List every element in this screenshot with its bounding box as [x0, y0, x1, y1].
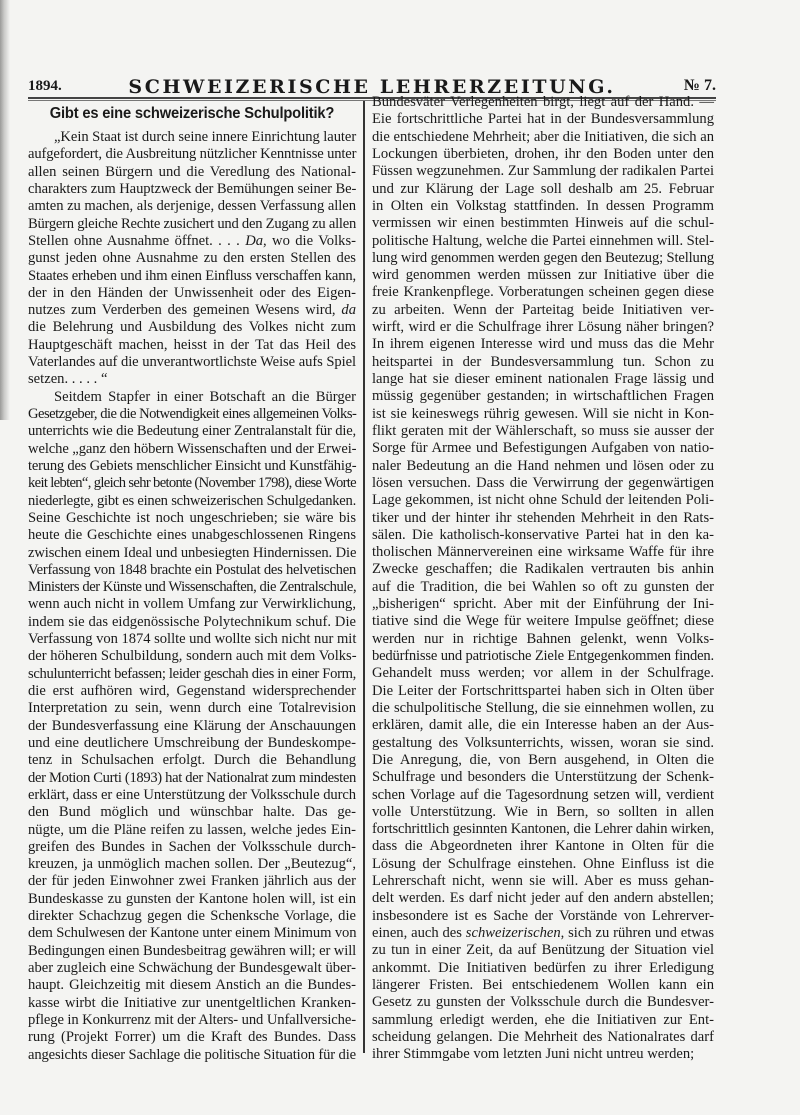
text-line: lösen versuchen. Dass die Verwirrung der…	[372, 475, 714, 492]
text-line: dem Schulwesen der Kantone unter einem M…	[28, 925, 356, 942]
text-line: Lehrerschaft nicht, wenn sie will. Aber …	[372, 873, 714, 890]
text-line: angesichts dieser Sachlage die politisch…	[28, 1047, 356, 1064]
text-line: Zwecke geschaffen; die Radikalen vertrau…	[372, 561, 714, 578]
text-line: Seine Geschichte ist noch ungeschrieben;…	[28, 510, 356, 527]
text-line: auf die Tradition, die bei Wahlen so oft…	[372, 579, 714, 596]
text-line: Lage gekommen, ist nicht ohne Schuld der…	[372, 492, 714, 509]
text-line: direkter Schachzug gegen die Schenksche …	[28, 908, 356, 925]
text-line: längerer Fristen. Bei entschiedenem Woll…	[372, 977, 714, 994]
text-line: „Kein Staat ist durch seine innere Einri…	[28, 129, 356, 146]
column-divider	[363, 101, 365, 1053]
text-line: lung wird genommen werden gegen den Beut…	[372, 250, 714, 267]
text-line: tiker und der hinter ihr stehenden Mehrh…	[372, 510, 714, 527]
text-line: naler Bedeutung an die Hand nehmen und l…	[372, 458, 714, 475]
text-line: Gehandelt muss werden; vor allem in der …	[372, 665, 714, 682]
text-line: scheidung gelangen. Die Mehrheit des Nat…	[372, 1029, 714, 1046]
text-line: flikt geraten mit der Wählerschaft, so m…	[372, 423, 714, 440]
text-line: Verfassung von 1848 brachte ein Postulat…	[28, 562, 356, 579]
text-line: werden nur in richtige Bahnen gelenkt, w…	[372, 631, 714, 648]
right-column-text: Bundesväter Verlegenheiten birgt, liegt …	[372, 94, 714, 1064]
text-line: tiative sind die Wege für weitere Impuls…	[372, 613, 714, 630]
text-line: sammlung erledigt werden, ehe die Initia…	[372, 1012, 714, 1029]
text-line: kasse wirbt die Initiative zur unentgelt…	[28, 995, 356, 1012]
text-line: Staates erheben und ihm einen Einfluss v…	[28, 268, 356, 285]
text-line: insbesondere ist es Sache der Vorstände …	[372, 908, 714, 925]
text-line: Seitdem Stapfer in einer Botschaft an di…	[28, 389, 356, 406]
text-line: pflege in Konkurrenz mit der Alters- und…	[28, 1012, 356, 1029]
text-line: Lockungen überbieten, drohen, ihr den Bo…	[372, 146, 714, 163]
issue-number: № 7.	[684, 77, 716, 95]
text-line: volle Unterstützung. Wie in Bern, so sol…	[372, 804, 714, 821]
emphasis: da	[341, 302, 356, 318]
text-line: lange hat sie dieser eminent nationalen …	[372, 371, 714, 388]
text-line: den Bund möglich und wünschbar halte. Da…	[28, 804, 356, 821]
text-line: Gesetzgeber, die die Notwendigkeit eines…	[28, 406, 356, 423]
text-line: Ministers der Künste und Wissenschaften,…	[28, 579, 356, 596]
text-line: der Motion Curti (1893) hat der National…	[28, 770, 356, 787]
text-line: aber zugleich eine Schwächung der Bundes…	[28, 960, 356, 977]
text-line: Bundesväter Verlegenheiten birgt, liegt …	[372, 94, 714, 111]
text-line: ihrer Stimmgabe vom letzten Juni nicht u…	[372, 1046, 714, 1063]
text-line: ist sie keineswegs rührig gewesen. Will …	[372, 406, 714, 423]
text-line: Bürgern gleiche Rechte zusichert und den…	[28, 216, 356, 233]
text-line: setzen. . . . . “	[28, 371, 356, 388]
text-line: nügte, um die Pläne reifen zu lassen, we…	[28, 822, 356, 839]
right-column: Bundesväter Verlegenheiten birgt, liegt …	[372, 94, 714, 1064]
text-line: terung des Gebiets menschlicher Einsicht…	[28, 458, 356, 475]
text-line: vermissen wir einen bestimmten Hinweis a…	[372, 215, 714, 232]
text-line: Interpretation zu sein, wenn durch eine …	[28, 700, 356, 717]
text-line: schulunterricht befassen; leider geschah…	[28, 666, 356, 683]
text-line: wird genommen werden müssen zur Initiati…	[372, 267, 714, 284]
text-line: einen, auch des schweizerischen, sich zu…	[372, 925, 714, 942]
text-line: bedürfnisse und patriotische Ziele Entge…	[372, 648, 714, 665]
text-line: die schulpolitische Stellung, die sie ei…	[372, 700, 714, 717]
text-line: Vaterlandes auf die unverantwortlichste …	[28, 354, 356, 371]
article-title: Gibt es eine schweizerische Schulpolitik…	[41, 103, 343, 129]
text-line: rung (Projekt Forrer) um die Kraft des B…	[28, 1029, 356, 1046]
text-line: „bisherigen“ spricht. Aber mit der Einfü…	[372, 596, 714, 613]
text-line: haupt. Gleichzeitig mit diesem Anstich a…	[28, 977, 356, 994]
text-line: die Belehrung und Ausbildung des Volkes …	[28, 319, 356, 336]
text-line: wenn auch nicht in vollem Umfang zur Ver…	[28, 596, 356, 613]
text-line: Füssen wegzunehmen. Zur Sammlung der rad…	[372, 163, 714, 180]
text-line: Gesetz zu gunsten der Volksschule durch …	[372, 994, 714, 1011]
left-column: Gibt es eine schweizerische Schulpolitik…	[28, 103, 356, 1064]
text-line: der in den Händen der Unwissenheit oder …	[28, 285, 356, 302]
text-line: politische Haltung, welche die Partei ei…	[372, 233, 714, 250]
text-line: Verfassung von 1874 sollte und wollte si…	[28, 631, 356, 648]
text-line: Sorge für Armee und Befestigungen Aufgab…	[372, 440, 714, 457]
text-line: und zur Klärung der Lage soll deshalb am…	[372, 181, 714, 198]
text-line: Lösung der Schulfrage einstehen. Ohne Ei…	[372, 856, 714, 873]
text-line: der für jeden Einwohner zwei Franken jäh…	[28, 873, 356, 890]
text-line: müssig gegenüber gestanden; in wirtschaf…	[372, 388, 714, 405]
text-line: charakters zum Hauptzweck der Bemühungen…	[28, 181, 356, 198]
text-line: kreuzen, ja unmöglich machen sollen. Der…	[28, 856, 356, 873]
text-line: delt werden. Es darf nicht jeder auf den…	[372, 890, 714, 907]
text-line: die erst aufhören wird, Gegenstand wider…	[28, 683, 356, 700]
text-line: amten zu machen, als derjenige, dessen V…	[28, 198, 356, 215]
text-line: wirft, wird er die Schulfrage ihrer Lösu…	[372, 319, 714, 336]
text-line: Schulfrage und besonders die Unterstützu…	[372, 769, 714, 786]
text-line: zu arbeiten. Wenn der Parteitag beide In…	[372, 302, 714, 319]
text-line: dass die Abgeordneten ihrer Kantone in O…	[372, 838, 714, 855]
text-line: zwischen einem Ideal und unbesiegten Hin…	[28, 545, 356, 562]
text-line: Bundeskasse zu gunsten der Kantone holen…	[28, 891, 356, 908]
text-line: Die Anregung, die, von Bern ausgehend, i…	[372, 752, 714, 769]
text-line: und eine deutlichere Umschreibung der Bu…	[28, 735, 356, 752]
emphasis: Da	[245, 233, 263, 249]
text-line: heitspartei in der Bundesversammlung tun…	[372, 354, 714, 371]
text-line: indem sie das eidgenössische Polytechnik…	[28, 614, 356, 631]
text-line: Bedingungen einen Bundesbeitrag gewähren…	[28, 943, 356, 960]
text-line: gunst jeden ohne Ausnahme zu den ersten …	[28, 250, 356, 267]
text-line: ankommt. Die Initiativen bedürfen zu ihr…	[372, 960, 714, 977]
newspaper-page: 1894. SCHWEIZERISCHE LEHRERZEITUNG. № 7.…	[0, 0, 800, 1115]
left-column-text: „Kein Staat ist durch seine innere Einri…	[28, 129, 356, 1064]
text-line: in Olten ein Volkstag stattfinden. In de…	[372, 198, 714, 215]
text-line: nutzes zum Verderben des gemeinen Wesens…	[28, 302, 356, 319]
text-line: heute die Geschichte eines unabgeschloss…	[28, 527, 356, 544]
text-line: Eie fortschrittliche Partei hat in der B…	[372, 111, 714, 128]
text-line: erklären, damit alle, die ein Interesse …	[372, 717, 714, 734]
text-line: erklärt, dass er eine Unterstützung der …	[28, 787, 356, 804]
text-line: niederlegte, gibt es einen schweizerisch…	[28, 493, 356, 510]
running-header: 1894. SCHWEIZERISCHE LEHRERZEITUNG. № 7.	[28, 76, 716, 96]
text-line: der Bundesverfassung eine Klärung der An…	[28, 718, 356, 735]
text-line: fortschrittlich gesinnten Kantonen, die …	[372, 821, 714, 838]
text-line: Die Leiter der Fortschrittspartei haben …	[372, 683, 714, 700]
text-line: zu tun in einer Zeit, da auf Benützung d…	[372, 942, 714, 959]
text-line: die entschiedene Mehrheit; aber die Init…	[372, 129, 714, 146]
text-line: In ihrem eigenen Interesse wird und muss…	[372, 336, 714, 353]
emphasis: schweizerischen	[466, 925, 561, 941]
text-line: welche „ganz den höbern Wissenschaften u…	[28, 441, 356, 458]
text-line: Stellen ohne Ausnahme öffnet. . . . Da, …	[28, 233, 356, 250]
text-line: aufgefordert, die Ausbreitung nützlicher…	[28, 146, 356, 163]
text-line: tholischen Männervereinen eine wirksame …	[372, 544, 714, 561]
text-line: greifen des Bundes in Sachen der Volkssc…	[28, 839, 356, 856]
text-line: tenz in Schulsachen erfolgt. Durch die B…	[28, 752, 356, 769]
text-line: sälen. Die katholisch-konservative Parte…	[372, 527, 714, 544]
text-line: Hauptgeschäft machen, heisst in der Tat …	[28, 337, 356, 354]
text-line: allen seinen Bürgern und die Veredlung d…	[28, 164, 356, 181]
text-line: gestaltung des Volksunterrichts, wissen,…	[372, 735, 714, 752]
text-line: keit lebten“, gleich sehr betonte (Novem…	[28, 475, 356, 492]
text-line: schen Vorlage auf die Tagesordnung setze…	[372, 787, 714, 804]
text-line: unterrichts wie die Bedeutung einer Zent…	[28, 423, 356, 440]
text-line: freie Krankenpflege. Vorberatungen schei…	[372, 284, 714, 301]
text-line: der höheren Schulbildung, sondern auch m…	[28, 648, 356, 665]
